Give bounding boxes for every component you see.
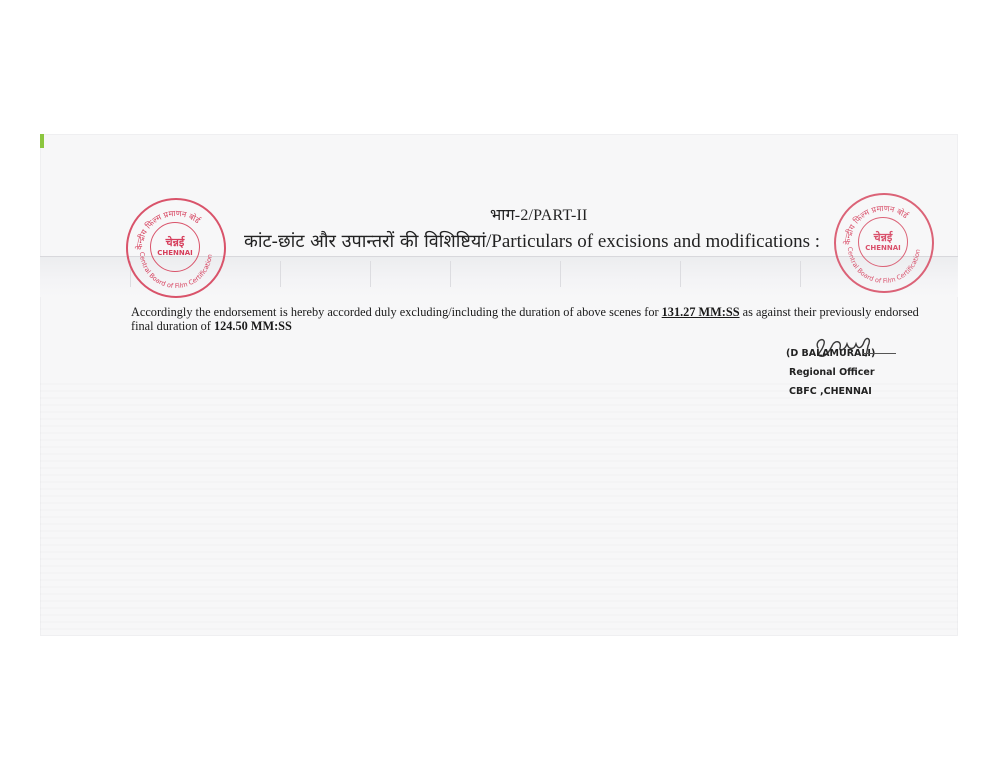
endorsement-paragraph: Accordingly the endorsement is hereby ac… (131, 305, 921, 333)
signatory-title: Regional Officer (786, 363, 896, 382)
subheading-english: Particulars of excisions and modificatio… (491, 231, 820, 252)
stamp-city-hindi: चेन्नई (874, 232, 893, 244)
previous-duration: 124.50 MM:SS (214, 319, 292, 333)
endorsement-text-start: Accordingly the endorsement is hereby ac… (131, 305, 662, 319)
signatory-name: (D BALAMURALI) (786, 344, 896, 363)
cbfc-stamp-right: केन्द्रीय फिल्म प्रमाणन बोर्ड Central Bo… (834, 193, 934, 293)
subheading-hindi: कांट-छांट और उपान्तरों की विशिष्टियां (244, 231, 486, 252)
cbfc-stamp-left: केन्द्रीय फिल्म प्रमाणन बोर्ड Central Bo… (126, 198, 226, 298)
scan-noise (40, 380, 958, 630)
signatory-office: CBFC ,CHENNAI (786, 382, 896, 401)
section-subheading: कांट-छांट और उपान्तरों की विशिष्टियां/Pa… (244, 229, 820, 253)
stamp-city-hindi: चेन्नई (166, 237, 185, 249)
new-duration: 131.27 MM:SS (662, 305, 740, 319)
stamp-city-english: CHENNAI (157, 249, 193, 258)
stamp-city-english: CHENNAI (865, 244, 901, 253)
part-heading: भाग-2/PART-II (490, 203, 588, 225)
signatory-block: (D BALAMURALI) Regional Officer CBFC ,CH… (786, 344, 896, 401)
